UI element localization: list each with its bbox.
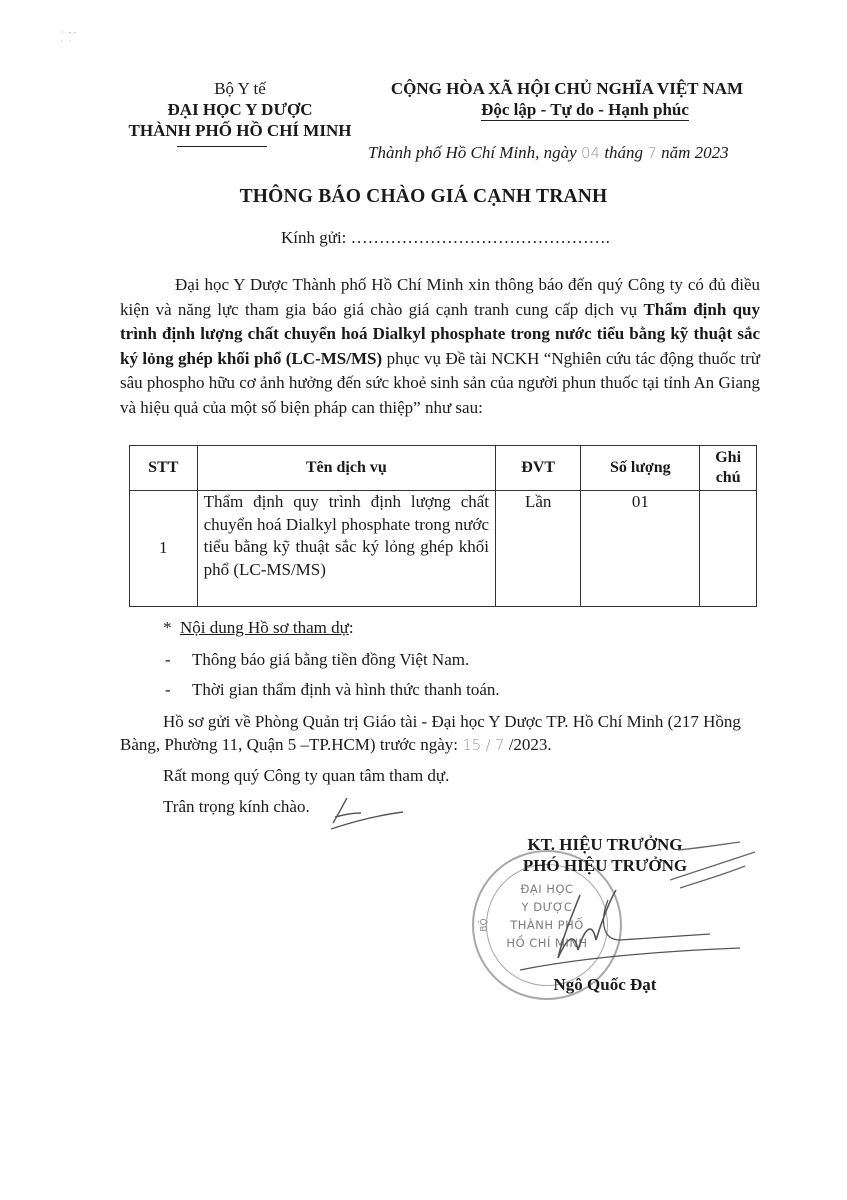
submission-paragraph: Hồ sơ gửi về Phòng Quản trị Giáo tài - Đ… xyxy=(120,710,760,757)
dateline-month-handwritten: 7 xyxy=(647,144,657,162)
organization-name-line1: ĐẠI HỌC Y DƯỢC xyxy=(110,99,370,120)
header-note: Ghichú xyxy=(700,446,757,491)
requirement-text: Thời gian thẩm định và hình thức thanh t… xyxy=(192,680,500,699)
country-name: CỘNG HÒA XÃ HỘI CHỦ NGHĨA VIỆT NAM xyxy=(372,78,762,99)
closing-line-1: Rất mong quý Công ty quan tâm tham dự. xyxy=(163,766,449,786)
issuer-underline xyxy=(177,146,267,147)
deadline-day-handwritten: 15 xyxy=(462,736,481,754)
table-header-row: STT Tên dịch vụ ĐVT Số lượng Ghichú xyxy=(130,446,757,491)
cell-quantity: 01 xyxy=(581,491,700,607)
cell-service-name: Thẩm định quy trình định lượng chất chuy… xyxy=(197,491,495,607)
header-service-name: Tên dịch vụ xyxy=(197,446,495,491)
dateline-year: năm 2023 xyxy=(661,143,729,162)
dateline-day-handwritten: 04 xyxy=(581,144,600,162)
deadline-year: /2023. xyxy=(509,735,552,754)
signature-icon xyxy=(540,840,760,990)
submission-text: Hồ sơ gửi về Phòng Quản trị Giáo tài - Đ… xyxy=(120,712,741,754)
requirements-heading: * Nội dung Hồ sơ tham dự: xyxy=(163,618,354,638)
organization-name-line2: THÀNH PHỐ HỒ CHÍ MINH xyxy=(110,120,370,141)
list-dash: - xyxy=(165,650,192,670)
recipient-line: Kính gửi: ………………………………………. xyxy=(281,228,610,248)
header-note-text: Ghichú xyxy=(715,449,741,486)
recipient-label: Kính gửi: xyxy=(281,228,346,247)
scan-artifact: · ‐‐ · · xyxy=(60,28,84,32)
table-row: 1 Thẩm định quy trình định lượng chất ch… xyxy=(130,491,757,607)
national-header: CỘNG HÒA XÃ HỘI CHỦ NGHĨA VIỆT NAM Độc l… xyxy=(372,78,762,121)
requirement-item: -Thời gian thẩm định và hình thức thanh … xyxy=(165,680,500,700)
ministry-name: Bộ Y tế xyxy=(110,78,370,99)
requirements-bullet: * xyxy=(163,618,172,637)
recipient-blank: ………………………………………. xyxy=(351,228,610,247)
requirements-heading-text: Nội dung Hồ sơ tham dự xyxy=(180,618,349,637)
header-unit: ĐVT xyxy=(496,446,581,491)
cell-note xyxy=(700,491,757,607)
cell-unit: Lần xyxy=(496,491,581,607)
stamp-side-text: BỘ xyxy=(480,918,490,931)
requirement-text: Thông báo giá bằng tiền đồng Việt Nam. xyxy=(192,650,469,669)
header-stt: STT xyxy=(130,446,198,491)
requirements-heading-colon: : xyxy=(349,618,354,637)
dateline: Thành phố Hồ Chí Minh, ngày 04 tháng 7 n… xyxy=(368,143,729,163)
cell-stt: 1 xyxy=(130,491,198,607)
document-title: THÔNG BÁO CHÀO GIÁ CẠNH TRANH xyxy=(0,186,847,208)
list-dash: - xyxy=(165,680,192,700)
signatory-name: Ngô Quốc Đạt xyxy=(455,975,755,995)
requirement-item: -Thông báo giá bằng tiền đồng Việt Nam. xyxy=(165,650,469,670)
header-quantity: Số lượng xyxy=(581,446,700,491)
national-motto: Độc lập - Tự do - Hạnh phúc xyxy=(481,100,689,121)
service-table: STT Tên dịch vụ ĐVT Số lượng Ghichú 1 Th… xyxy=(129,445,757,607)
issuer-header: Bộ Y tế ĐẠI HỌC Y DƯỢC THÀNH PHỐ HỒ CHÍ … xyxy=(110,78,370,141)
dateline-month-label: tháng xyxy=(604,143,643,162)
deadline-month-handwritten: 7 xyxy=(495,736,505,754)
intro-paragraph: Đại học Y Dược Thành phố Hồ Chí Minh xin… xyxy=(120,273,760,421)
initial-mark-icon xyxy=(325,795,405,830)
dateline-prefix: Thành phố Hồ Chí Minh, ngày xyxy=(368,143,577,162)
closing-line-2: Trân trọng kính chào. xyxy=(163,797,310,817)
